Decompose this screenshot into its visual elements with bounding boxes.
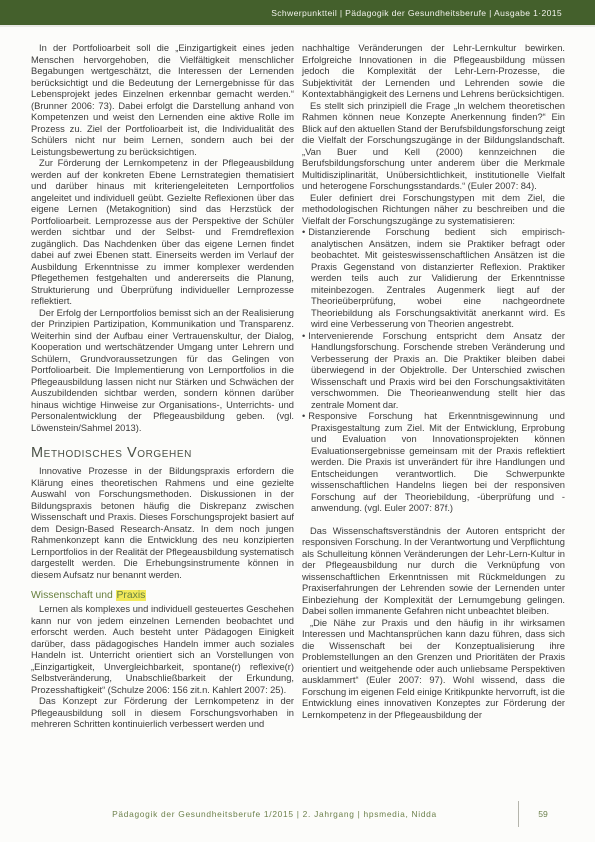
section-heading: Methodisches Vorgehen <box>31 445 294 461</box>
paragraph: In der Portfolioarbeit soll die „Einziga… <box>31 43 294 158</box>
paragraph: Das Konzept zur Förderung der Lernkompet… <box>31 696 294 731</box>
list-item-text: Responsive Forschung hat Erkenntnisgewin… <box>308 411 565 513</box>
right-column: nachhaltige Veränderungen der Lehr-Lernk… <box>302 43 565 721</box>
footer: Pädagogik der Gesundheitsberufe 1/2015 |… <box>31 801 567 827</box>
page-number: 59 <box>519 809 567 819</box>
list-item: •Distanzierende Forschung bedient sich e… <box>302 227 565 331</box>
list-item-text: Intervenierende Forschung entspricht dem… <box>308 331 565 410</box>
list-item: •Intervenierende Forschung entspricht de… <box>302 331 565 412</box>
paragraph: Lernen als komplexes und individuell ges… <box>31 604 294 696</box>
paragraph: „Die Nähe zur Praxis und den häufig in i… <box>302 618 565 722</box>
subsection-heading: Wissenschaft und Praxis <box>31 590 294 602</box>
paragraph: Innovative Prozesse in der Bildungspraxi… <box>31 466 294 581</box>
paragraph: Euler definiert drei Forschungstypen mit… <box>302 193 565 228</box>
header-bar: Schwerpunktteil | Pädagogik der Gesundhe… <box>0 0 595 27</box>
list-item-text: Distanzierende Forschung bedient sich em… <box>308 227 565 329</box>
paragraph: Der Erfolg der Lernportfolios bemisst si… <box>31 308 294 435</box>
paragraph: Zur Förderung der Lernkompetenz in der P… <box>31 158 294 308</box>
subsection-heading-text: Wissenschaft und <box>31 590 116 601</box>
paragraph: Das Wissenschaftsverständnis der Autoren… <box>302 526 565 618</box>
left-column: In der Portfolioarbeit soll die „Einziga… <box>31 43 294 731</box>
footer-journal-line: Pädagogik der Gesundheitsberufe 1/2015 |… <box>31 809 518 819</box>
running-head: Schwerpunktteil | Pädagogik der Gesundhe… <box>271 8 562 18</box>
document-page: Schwerpunktteil | Pädagogik der Gesundhe… <box>0 0 595 842</box>
paragraph: Es stellt sich prinzipiell die Frage „In… <box>302 101 565 193</box>
paragraph: nachhaltige Veränderungen der Lehr-Lernk… <box>302 43 565 101</box>
highlighted-term: Praxis <box>116 590 147 601</box>
list-item: •Responsive Forschung hat Erkenntnisgewi… <box>302 411 565 515</box>
